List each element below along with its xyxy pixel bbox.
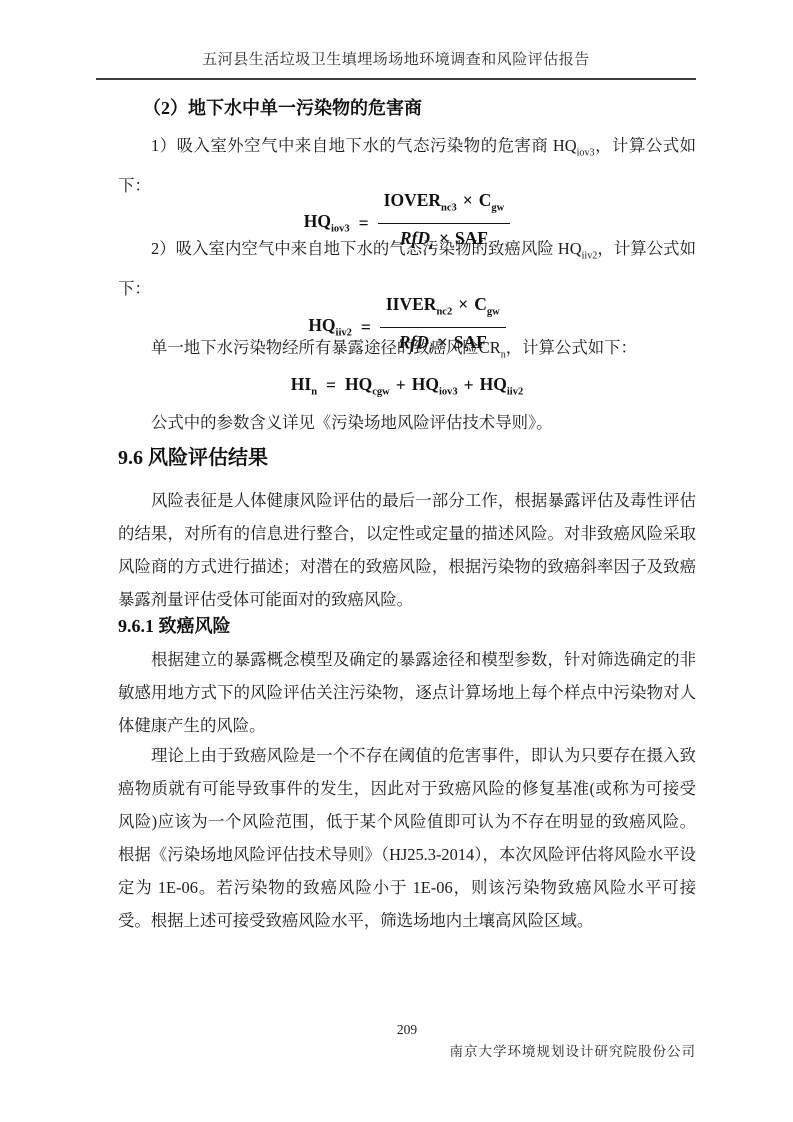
heading-risk-results: 9.6 风险评估结果 <box>118 444 696 472</box>
subscript: iiv2 <box>582 250 598 261</box>
formula-hi-n: HIn = HQcgw + HQiov3 + HQiiv2 <box>118 374 696 398</box>
formula-lhs: HIn <box>291 374 317 398</box>
para-text: ，计算公式如下： <box>506 338 637 357</box>
subscript: gw <box>491 203 504 214</box>
plus-sign: + <box>396 375 406 396</box>
footer-company: 南京大学环境规划设计研究院股份公司 <box>118 1040 696 1060</box>
para-text: 1）吸入室外空气中来自地下水的气态污染物的危害商 HQ <box>151 136 577 155</box>
subscript: gw <box>487 307 500 318</box>
fraction-numerator: IIVERnc2×Cgw <box>380 294 506 328</box>
formula-term: HI <box>291 374 311 394</box>
equals-sign: = <box>326 375 336 396</box>
equals-sign: = <box>359 213 369 234</box>
heading-cancer-risk: 9.6.1 致癌风险 <box>118 614 696 638</box>
formula-term: C <box>474 294 487 314</box>
para-text: 2）吸入室内空气中来自地下水的气态污染物的致癌风险 HQ <box>151 239 582 258</box>
formula-term: IIVER <box>386 294 437 314</box>
subscript: iov3 <box>439 387 458 398</box>
subscript: n <box>311 387 317 398</box>
subscript: cgw <box>372 387 390 398</box>
formula-term: HQ <box>412 374 439 394</box>
formula-term: C <box>479 190 492 210</box>
para-risk-characterization: 风险表征是人体健康风险评估的最后一部分工作，根据暴露评估及毒性评估的结果，对所有… <box>118 484 696 616</box>
subscript: nc3 <box>441 203 457 214</box>
formula-term: HQ <box>304 211 331 231</box>
para-params-note: 公式中的参数含义详见《污染场地风险评估技术导则》。 <box>118 406 696 439</box>
header-title: 五河县生活垃圾卫生填埋场场地环境调查和风险评估报告 <box>202 52 590 68</box>
para-text: 单一地下水污染物经所有暴露途径的致癌风险CR <box>151 338 501 357</box>
fraction-numerator: IOVERnc3×Cgw <box>378 190 511 224</box>
subscript: nc2 <box>436 307 452 318</box>
para-single-pollutant: 单一地下水污染物经所有暴露途径的致癌风险CRn，计算公式如下： <box>118 331 696 371</box>
para-cancer-theory: 理论上由于致癌风险是一个不存在阈值的危害事件，即认为只要存在摄入致癌物质就有可能… <box>118 739 696 937</box>
subscript: iov3 <box>577 147 595 158</box>
formula-term: HQ <box>345 374 372 394</box>
plus-sign: + <box>464 375 474 396</box>
formula-term: HQiov3 <box>412 374 458 398</box>
formula-term: HQcgw <box>345 374 390 398</box>
page-number: 209 <box>118 1022 696 1038</box>
formula-term: HQiiv2 <box>480 374 524 398</box>
heading-hazard-quotient: （2）地下水中单一污染物的危害商 <box>118 96 696 120</box>
times-sign: × <box>463 190 473 210</box>
subscript: iiv2 <box>507 387 523 398</box>
formula-term: HQ <box>480 374 507 394</box>
document-page: 五河县生活垃圾卫生填埋场场地环境调查和风险评估报告 （2）地下水中单一污染物的危… <box>0 0 793 1122</box>
times-sign: × <box>458 294 468 314</box>
page-header: 五河县生活垃圾卫生填埋场场地环境调查和风险评估报告 <box>96 48 696 80</box>
para-cancer-model: 根据建立的暴露概念模型及确定的暴露途径和模型参数，针对筛选确定的非敏感用地方式下… <box>118 643 696 742</box>
formula-term: IOVER <box>384 190 441 210</box>
